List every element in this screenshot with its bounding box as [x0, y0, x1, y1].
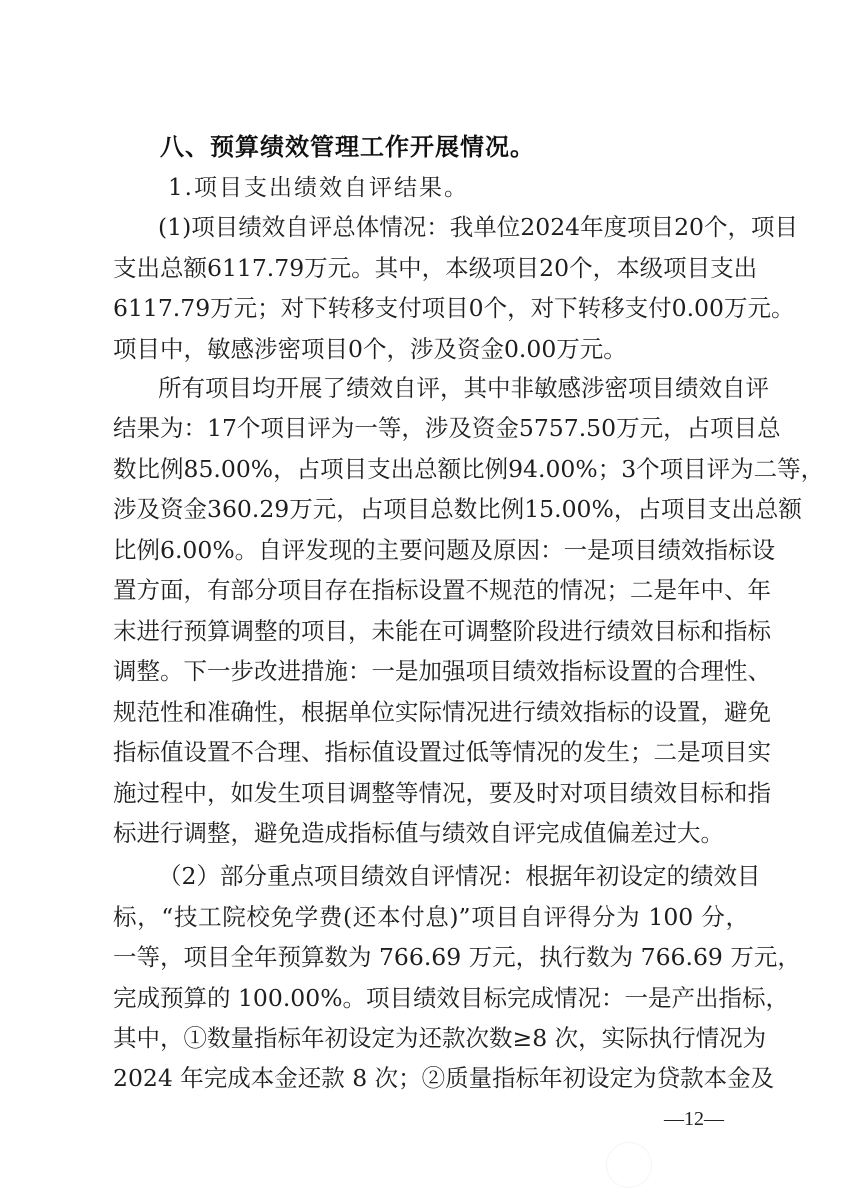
section-heading: 八、预算绩效管理工作开展情况。 — [160, 128, 535, 166]
text-line: 标，“技工院校免学费(还本付息)”项目自评得分为 100 分， — [113, 897, 749, 937]
text-line: 支出总额6117.79万元。其中，本级项目20个，本级项目支出 — [113, 248, 749, 288]
text-line: 所有项目均开展了绩效自评，其中非敏感涉密项目绩效自评 — [113, 368, 749, 408]
text-line: 完成预算的 100.00%。项目绩效目标完成情况：一是产出指标， — [113, 978, 749, 1018]
text-line: 置方面，有部分项目存在指标设置不规范的情况；二是年中、年 — [113, 570, 749, 610]
text-line: 一等，项目全年预算数为 766.69 万元，执行数为 766.69 万元， — [113, 937, 749, 977]
text-line: 末进行预算调整的项目，未能在可调整阶段进行绩效目标和指标 — [113, 611, 749, 651]
text-line: 调整。下一步改进措施：一是加强项目绩效指标设置的合理性、 — [113, 651, 749, 691]
document-page: 八、预算绩效管理工作开展情况。 1.项目支出绩效自评结果。 (1)项目绩效自评总… — [0, 0, 850, 1202]
text-line: 2024 年完成本金还款 8 次；②质量指标年初设定为贷款本金及 — [113, 1058, 749, 1098]
page-number: —12— — [664, 1104, 724, 1134]
text-line: 施过程中，如发生项目调整等情况，要及时对项目绩效目标和指 — [113, 773, 749, 813]
text-line: 项目中，敏感涉密项目0个，涉及资金0.00万元。 — [113, 329, 749, 369]
text-line: 涉及资金360.29万元，占项目总数比例15.00%，占项目支出总额 — [113, 489, 749, 529]
text-line: 结果为：17个项目评为一等，涉及资金5757.50万元，占项目总 — [113, 408, 749, 448]
text-line: (1)项目绩效自评总体情况：我单位2024年度项目20个，项目 — [113, 207, 749, 247]
watermark-logo-icon — [606, 1142, 652, 1188]
text-line: 数比例85.00%，占项目支出总额比例94.00%；3个项目评为二等， — [113, 449, 749, 489]
text-line: 其中，①数量指标年初设定为还款次数≥8 次，实际执行情况为 — [113, 1018, 749, 1058]
text-line: 6117.79万元；对下转移支付项目0个，对下转移支付0.00万元。 — [113, 288, 749, 328]
text-line: 规范性和准确性，根据单位实际情况进行绩效指标的设置，避免 — [113, 692, 749, 732]
text-line: 指标值设置不合理、指标值设置过低等情况的发生；二是项目实 — [113, 732, 749, 772]
text-line: 标进行调整，避免造成指标值与绩效自评完成值偏差过大。 — [113, 813, 749, 853]
text-line: （2）部分重点项目绩效自评情况：根据年初设定的绩效目 — [113, 856, 749, 896]
text-line: 比例6.00%。自评发现的主要问题及原因：一是项目绩效指标设 — [113, 530, 749, 570]
subsection-heading: 1.项目支出绩效自评结果。 — [168, 168, 469, 208]
